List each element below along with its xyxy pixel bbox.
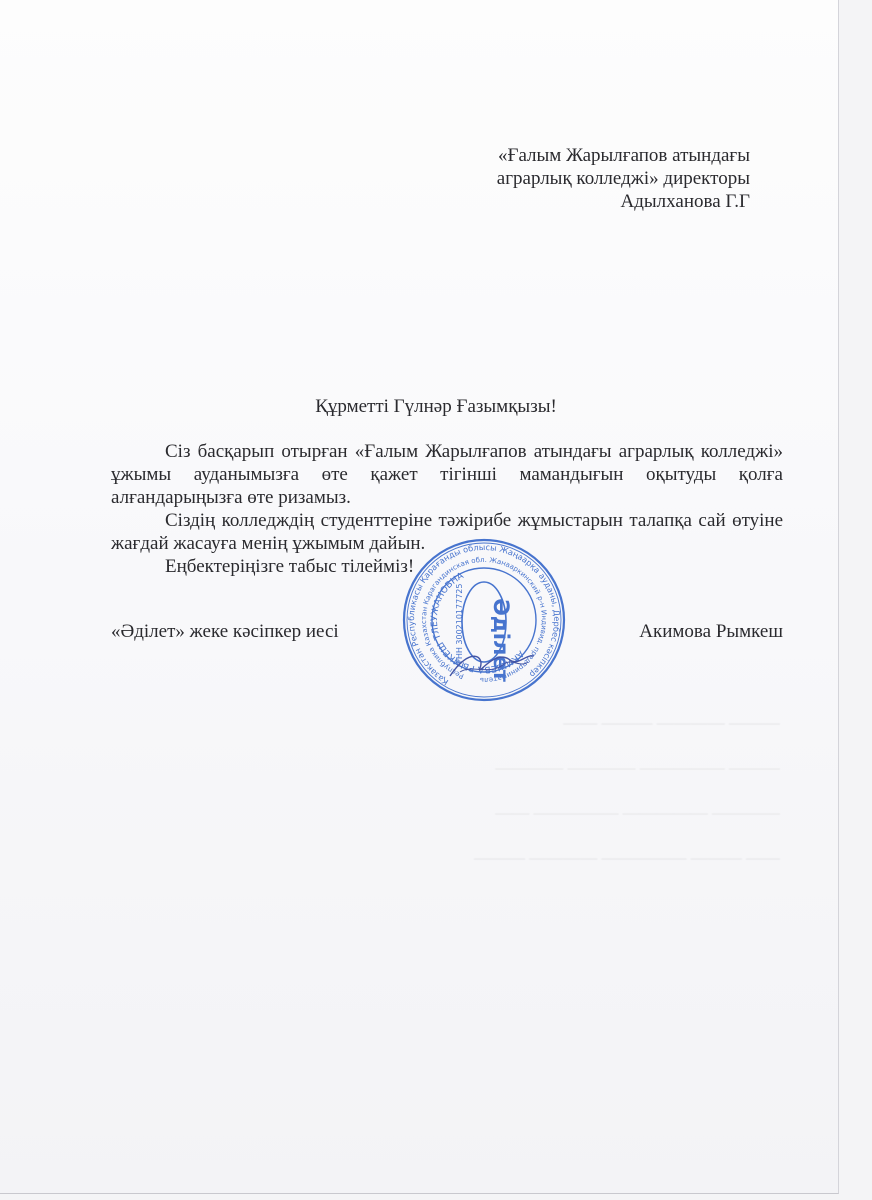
svg-text:Республика Казахстан Караганди: Республика Казахстан Карагандинская обл.… [402,538,566,702]
official-stamp: Қазақстан Республикасы Қарағанды облысы … [400,536,568,704]
reverse-side-bleed-through: ——— ———— ——— —— ——— ————— ———— ———— ————… [280,700,780,880]
signatory-name: Акимова Рымкеш [639,621,783,643]
svg-text:Әділет: Әділет [489,598,513,683]
svg-text:РНН 300210177725: РНН 300210177725 [455,584,464,664]
addressee-line-1: «Ғалым Жарылғапов атындағы [497,144,750,167]
document-page: «Ғалым Жарылғапов атындағы аграрлық колл… [0,0,839,1194]
stamp-seal-icon: Қазақстан Республикасы Қарағанды облысы … [400,536,568,704]
signatory-position: «Әділет» жеке кәсіпкер иесі [111,621,339,643]
greeting: Құрметті Гүлнәр Ғазымқызы! [0,396,872,418]
addressee-line-2: аграрлық колледжі» директоры [497,167,750,190]
addressee-block: «Ғалым Жарылғапов атындағы аграрлық колл… [497,144,750,213]
paragraph-1: Сіз басқарып отырған «Ғалым Жарылғапов а… [111,440,783,509]
addressee-line-3: Адылханова Г.Г [497,190,750,213]
